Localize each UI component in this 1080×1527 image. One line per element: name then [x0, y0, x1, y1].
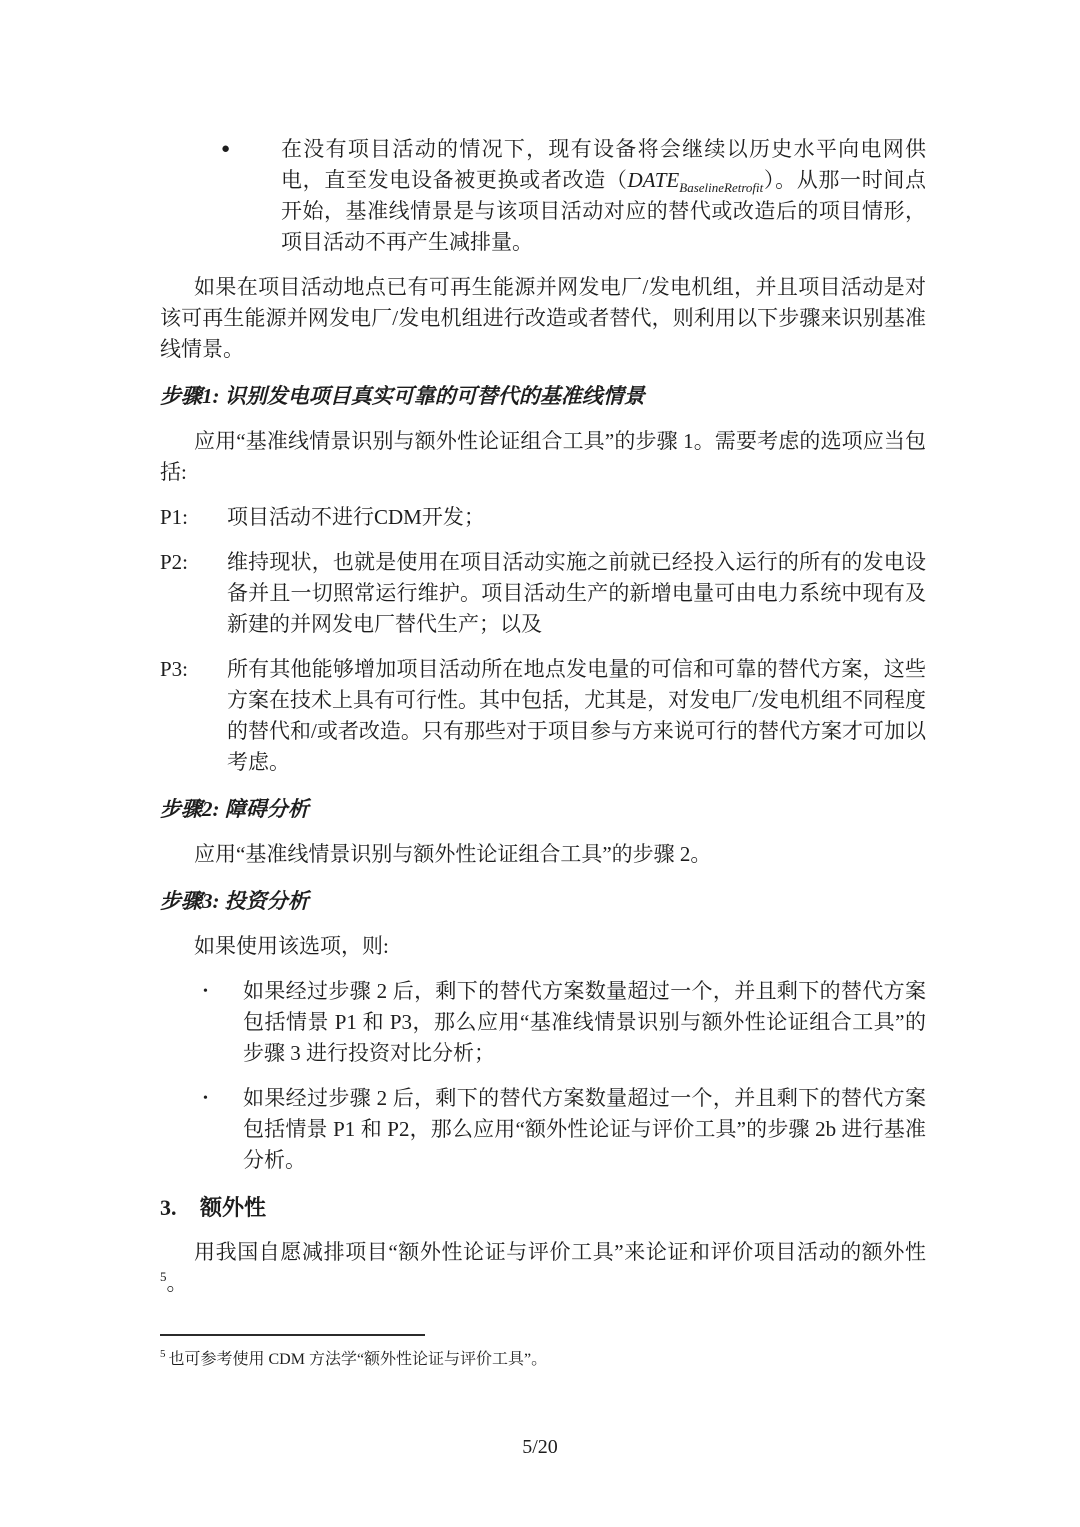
option-text: 维持现状，也就是使用在项目活动实施之前就已经投入运行的所有的发电设备并且一切照常…: [227, 547, 926, 640]
footnote-text: 5也可参考使用 CDM 方法学“额外性论证与评价工具”。: [160, 1348, 926, 1371]
bullet-text: 如果经过步骤 2 后，剩下的替代方案数量超过一个，并且剩下的替代方案包括情景 P…: [243, 1083, 926, 1176]
bullet-item-benchmark-analysis: • 如果经过步骤 2 后，剩下的替代方案数量超过一个，并且剩下的替代方案包括情景…: [203, 1083, 926, 1176]
section3-heading: 3. 额外性: [160, 1192, 926, 1223]
option-label: P1:: [160, 502, 227, 533]
option-item-p3: P3: 所有其他能够增加项目活动所在地点发电量的可信和可靠的替代方案，这些方案在…: [160, 654, 926, 778]
section3-text-after: 。: [167, 1271, 188, 1295]
section3-number: 3.: [160, 1192, 200, 1223]
bullet-icon: ●: [221, 134, 281, 258]
footnote-area: 5也可参考使用 CDM 方法学“额外性论证与评价工具”。: [160, 1334, 926, 1371]
bullet-item-investment-comparison: • 如果经过步骤 2 后，剩下的替代方案数量超过一个，并且剩下的替代方案包括情景…: [203, 976, 926, 1069]
variable-date: DATE: [628, 168, 680, 192]
section3-text: 用我国自愿减排项目“额外性论证与评价工具”来论证和评价项目活动的额外性: [194, 1240, 926, 1264]
step1-heading: 步骤1: 识别发电项目真实可靠的可替代的基准线情景: [160, 381, 926, 412]
document-body: ● 在没有项目活动的情况下，现有设备将会继续以历史水平向电网供电，直至发电设备被…: [160, 0, 926, 1313]
variable-date-subscript: BaselineRetrofit: [679, 180, 763, 195]
bullet-icon: •: [203, 976, 243, 1069]
option-item-p2: P2: 维持现状，也就是使用在项目活动实施之前就已经投入运行的所有的发电设备并且…: [160, 547, 926, 640]
bullet-item-baseline-continuation: ● 在没有项目活动的情况下，现有设备将会继续以历史水平向电网供电，直至发电设备被…: [221, 134, 926, 258]
option-text: 项目活动不进行CDM开发；: [227, 502, 926, 533]
paragraph-renewable-retrofit: 如果在项目活动地点已有可再生能源并网发电厂/发电机组，并且项目活动是对该可再生能…: [160, 272, 926, 365]
footnote-body: 也可参考使用 CDM 方法学“额外性论证与评价工具”。: [169, 1351, 548, 1368]
option-text: 所有其他能够增加项目活动所在地点发电量的可信和可靠的替代方案，这些方案在技术上具…: [227, 654, 926, 778]
bullet-icon: •: [203, 1083, 243, 1176]
footnote-separator: [160, 1334, 425, 1336]
step3-paragraph: 如果使用该选项，则:: [160, 931, 926, 962]
section3-title: 额外性: [200, 1192, 266, 1223]
bullet-text: 如果经过步骤 2 后，剩下的替代方案数量超过一个，并且剩下的替代方案包括情景 P…: [243, 976, 926, 1069]
step1-paragraph: 应用“基准线情景识别与额外性论证组合工具”的步骤 1。需要考虑的选项应当包括:: [160, 426, 926, 488]
step3-heading: 步骤3: 投资分析: [160, 886, 926, 917]
footnote-marker: 5: [160, 1348, 166, 1360]
option-label: P3:: [160, 654, 227, 778]
page-number: 5/20: [0, 1436, 1080, 1459]
bullet-text: 在没有项目活动的情况下，现有设备将会继续以历史水平向电网供电，直至发电设备被更换…: [281, 134, 926, 258]
document-page: ● 在没有项目活动的情况下，现有设备将会继续以历史水平向电网供电，直至发电设备被…: [0, 0, 1080, 1527]
section3-paragraph: 用我国自愿减排项目“额外性论证与评价工具”来论证和评价项目活动的额外性5。: [160, 1237, 926, 1299]
step2-paragraph: 应用“基准线情景识别与额外性论证组合工具”的步骤 2。: [160, 839, 926, 870]
step2-heading: 步骤2: 障碍分析: [160, 794, 926, 825]
option-item-p1: P1: 项目活动不进行CDM开发；: [160, 502, 926, 533]
option-label: P2:: [160, 547, 227, 640]
